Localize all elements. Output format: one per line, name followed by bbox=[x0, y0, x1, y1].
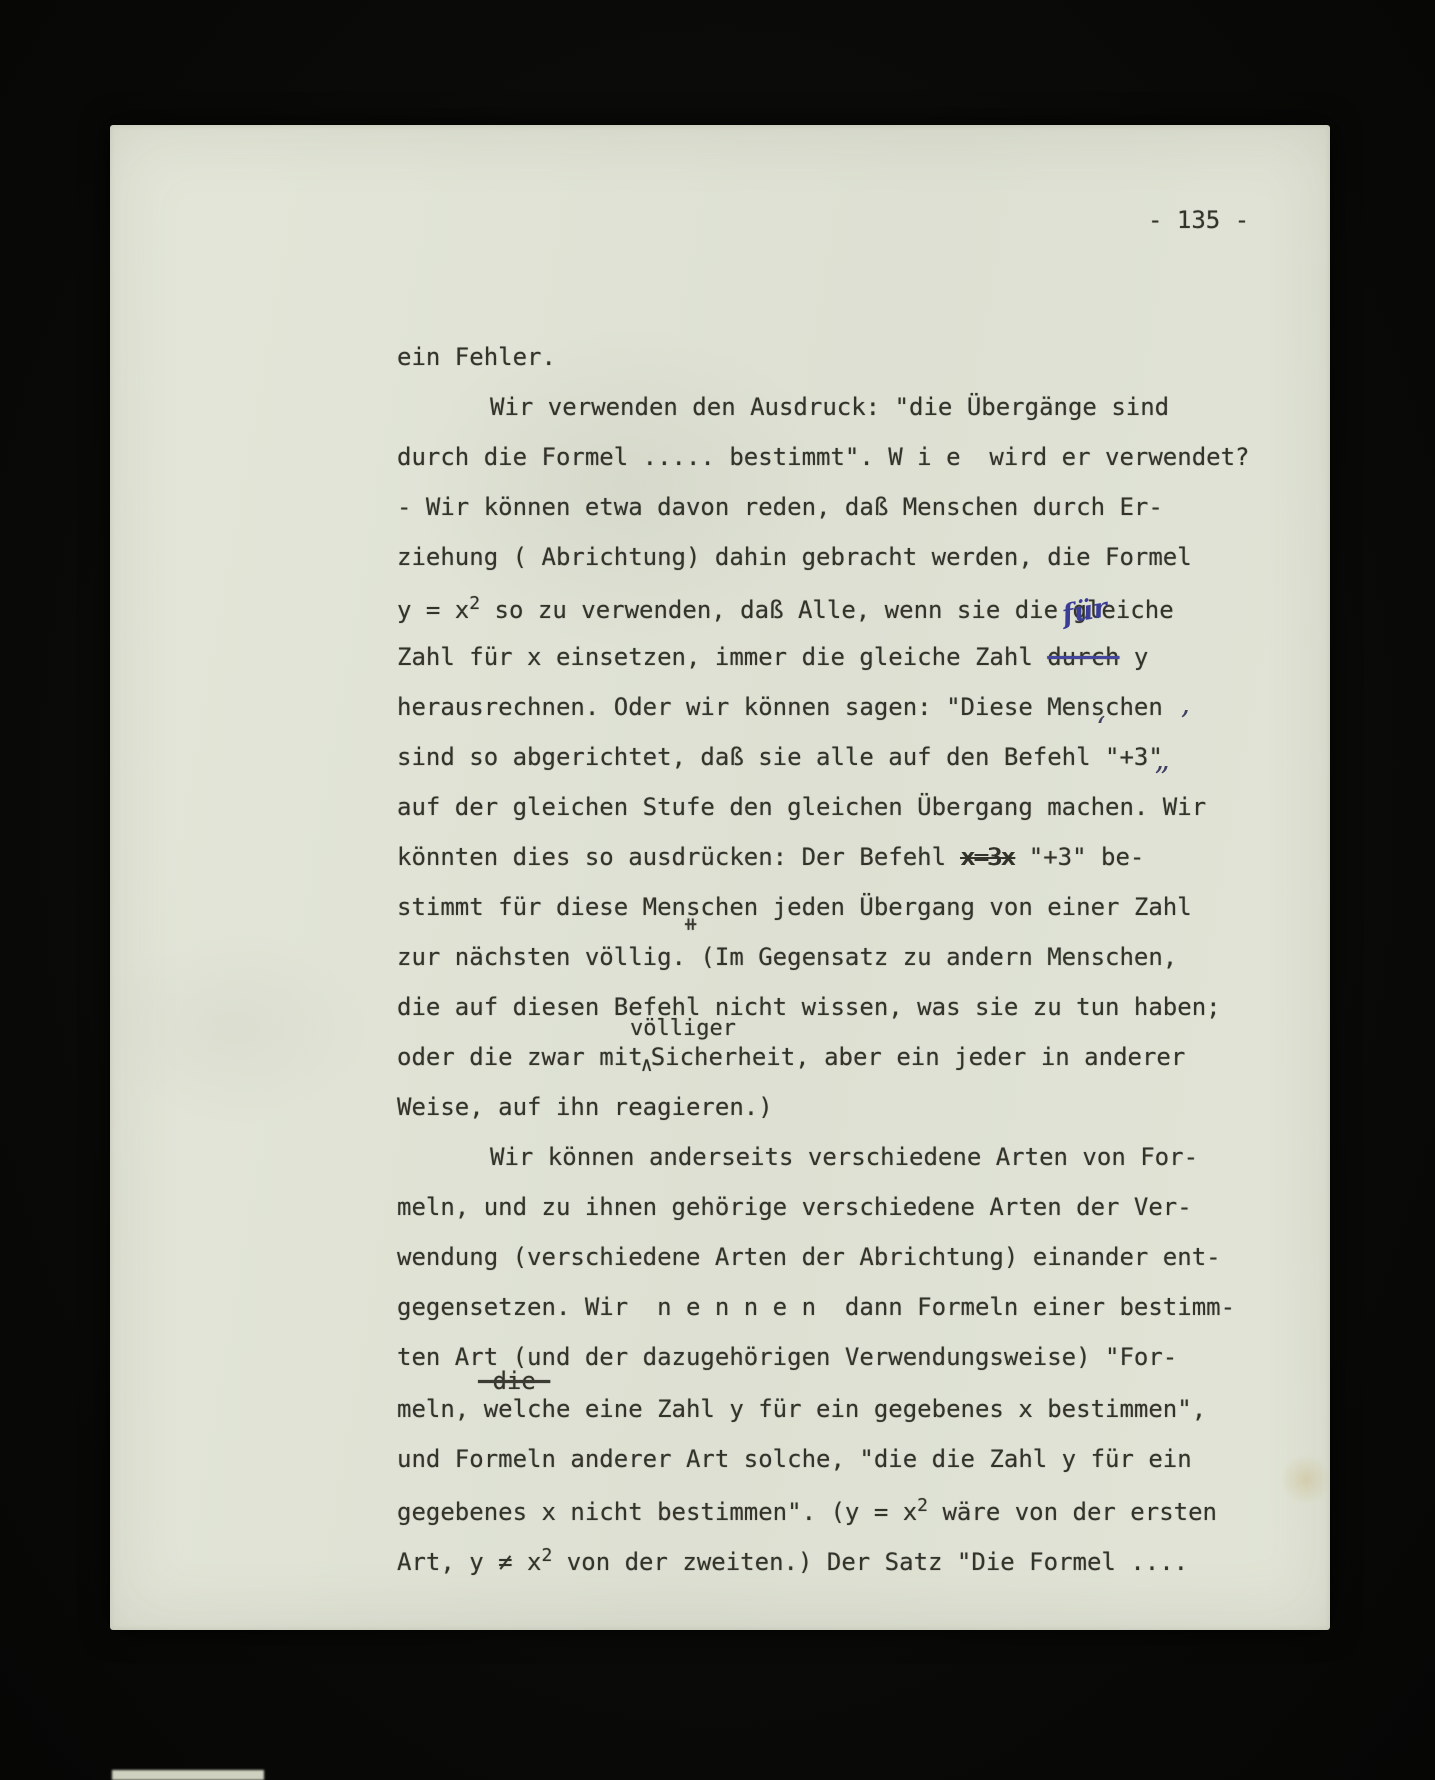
text-segment: y bbox=[1119, 643, 1148, 671]
text-segment: sind so abgerichtet, daß sie alle auf de… bbox=[397, 743, 1163, 771]
typed-line-08: herausrechnen. Oder wir können sagen: "D… bbox=[397, 694, 1163, 722]
segment-caret: ∧ bbox=[641, 1053, 653, 1076]
text-segment: wendung (verschiedene Arten der Abrichtu… bbox=[397, 1243, 1221, 1271]
typed-line-06: y = x2 so zu verwenden, daß Alle, wenn s… bbox=[397, 594, 1174, 625]
typed-line-17: Weise, auf ihn reagieren.) bbox=[397, 1094, 773, 1122]
text-segment: meln, und zu ihnen gehörige verschiedene… bbox=[397, 1193, 1192, 1221]
typed-insert-mark: ⧺ bbox=[684, 912, 697, 937]
segment-sup: 2 bbox=[917, 1495, 928, 1516]
text-segment: "+3" be- bbox=[1014, 843, 1144, 871]
text-segment: völliger bbox=[630, 1016, 736, 1041]
typed-strikeout-die: die bbox=[478, 1368, 550, 1396]
text-segment: gegebenes x nicht bestimmen". (y = x bbox=[397, 1498, 917, 1526]
typed-line-26: gegebenes x nicht bestimmen". (y = x2 wä… bbox=[397, 1496, 1217, 1527]
photo-background: - 135 -ein Fehler.Wir verwenden den Ausd… bbox=[0, 0, 1435, 1780]
text-segment: auf der gleichen Stufe den gleichen Über… bbox=[397, 793, 1206, 821]
text-segment: - 135 - bbox=[1148, 206, 1249, 234]
manuscript-page: - 135 -ein Fehler.Wir verwenden den Ausd… bbox=[110, 125, 1330, 1630]
handwritten-fuer: für bbox=[1060, 592, 1110, 630]
text-segment: zur nächsten völlig. (Im Gegensatz zu an… bbox=[397, 943, 1177, 971]
text-segment: meln, welche eine Zahl y für ein gegeben… bbox=[397, 1395, 1206, 1423]
text-segment: könnten dies so ausdrücken: Der Befehl bbox=[397, 843, 961, 871]
typed-line-02: Wir verwenden den Ausdruck: "die Übergän… bbox=[490, 394, 1169, 422]
typed-interline-voelliger: völliger bbox=[630, 1016, 736, 1041]
typed-line-03: durch die Formel ..... bestimmt". W i e … bbox=[397, 444, 1250, 472]
typed-line-12: stimmt für diese Menschen jeden Übergang… bbox=[397, 894, 1192, 922]
segment-strike-blue: durch bbox=[1047, 643, 1119, 671]
page-number: - 135 - bbox=[1148, 207, 1249, 235]
text-segment: die auf diesen Befehl nicht wissen, was … bbox=[397, 993, 1221, 1021]
text-segment: Sicherheit, aber ein jeder in anderer bbox=[651, 1043, 1186, 1071]
typed-line-24: meln, welche eine Zahl y für ein gegeben… bbox=[397, 1396, 1206, 1424]
text-segment: Wir können anderseits verschiedene Arten… bbox=[490, 1143, 1198, 1171]
typed-line-01: ein Fehler. bbox=[397, 344, 556, 372]
text-segment: durch die Formel ..... bestimmt". W i e … bbox=[397, 443, 1250, 471]
text-segment: wäre von der ersten bbox=[928, 1498, 1217, 1526]
typed-line-19: meln, und zu ihnen gehörige verschiedene… bbox=[397, 1194, 1192, 1222]
typed-line-07: Zahl für x einsetzen, immer die gleiche … bbox=[397, 644, 1148, 672]
text-segment: Zahl für x einsetzen, immer die gleiche … bbox=[397, 643, 1047, 671]
typed-line-21: gegensetzen. Wir n e n n e n dann Formel… bbox=[397, 1294, 1235, 1322]
typed-line-10: auf der gleichen Stufe den gleichen Über… bbox=[397, 794, 1206, 822]
text-segment: und Formeln anderer Art solche, "die die… bbox=[397, 1445, 1192, 1473]
text-segment: Weise, auf ihn reagieren.) bbox=[397, 1093, 773, 1121]
text-segment: stimmt für diese Menschen jeden Übergang… bbox=[397, 893, 1192, 921]
handwritten-quote-open: ‘ bbox=[1096, 712, 1106, 747]
text-segment: ” bbox=[1154, 761, 1169, 796]
text-segment: gegensetzen. Wir n e n n e n dann Formel… bbox=[397, 1293, 1235, 1321]
typed-line-04: - Wir können etwa davon reden, daß Mensc… bbox=[397, 494, 1163, 522]
text-segment: ein Fehler. bbox=[397, 343, 556, 371]
text-segment: ‘ bbox=[1096, 711, 1106, 746]
segment-sup: 2 bbox=[542, 1545, 553, 1566]
handwritten-quote-close: ’ bbox=[1180, 706, 1190, 741]
segment-overtype: x=3x bbox=[961, 843, 1015, 871]
typed-line-25: und Formeln anderer Art solche, "die die… bbox=[397, 1446, 1192, 1474]
text-segment: Wir verwenden den Ausdruck: "die Übergän… bbox=[490, 393, 1169, 421]
text-segment: ziehung ( Abrichtung) dahin gebracht wer… bbox=[397, 543, 1192, 571]
text-segment: ’ bbox=[1180, 705, 1190, 740]
text-segment: ⧺ bbox=[684, 912, 697, 937]
text-segment: oder die zwar mit bbox=[397, 1043, 643, 1071]
text-segment: y = x bbox=[397, 596, 469, 624]
typed-line-20: wendung (verschiedene Arten der Abrichtu… bbox=[397, 1244, 1221, 1272]
segment-strike-dark: die bbox=[478, 1367, 550, 1395]
text-segment: von der zweiten.) Der Satz "Die Formel .… bbox=[552, 1548, 1188, 1576]
typed-line-13: zur nächsten völlig. (Im Gegensatz zu an… bbox=[397, 944, 1177, 972]
typed-line-11: könnten dies so ausdrücken: Der Befehl x… bbox=[397, 844, 1144, 872]
typed-line-09: sind so abgerichtet, daß sie alle auf de… bbox=[397, 744, 1163, 772]
text-segment: für bbox=[1060, 592, 1110, 630]
typed-line-05: ziehung ( Abrichtung) dahin gebracht wer… bbox=[397, 544, 1192, 572]
segment-sup: 2 bbox=[469, 593, 480, 614]
adjacent-page-edge bbox=[112, 1770, 264, 1780]
typed-line-18: Wir können anderseits verschiedene Arten… bbox=[490, 1144, 1198, 1172]
text-segment: - Wir können etwa davon reden, daß Mensc… bbox=[397, 493, 1163, 521]
typed-line-27: Art, y ≠ x2 von der zweiten.) Der Satz "… bbox=[397, 1546, 1188, 1577]
typed-line-16: oder die zwar mit∧Sicherheit, aber ein j… bbox=[397, 1044, 1185, 1072]
text-segment: herausrechnen. Oder wir können sagen: "D… bbox=[397, 693, 1163, 721]
handwritten-quote-machen: ” bbox=[1154, 762, 1169, 797]
text-segment: Art, y ≠ x bbox=[397, 1548, 542, 1576]
typed-line-14: die auf diesen Befehl nicht wissen, was … bbox=[397, 994, 1221, 1022]
